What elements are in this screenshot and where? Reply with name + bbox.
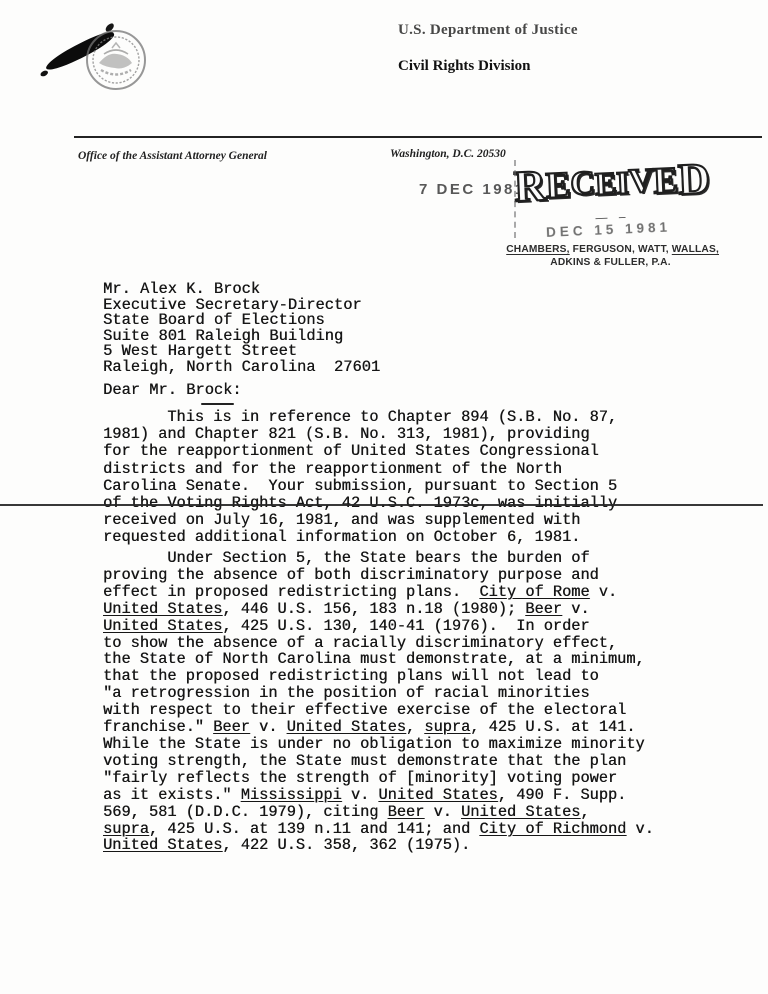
text-line: "fairly reflects the strength of [minori… [103, 770, 723, 787]
received-stamp-title: RECEIVED [511, 148, 714, 219]
text-line: Carolina Senate. Your submission, pursua… [103, 478, 723, 495]
text-line: received on July 16, 1981, and was suppl… [103, 512, 723, 529]
text-line: "a retrogression in the position of raci… [103, 685, 723, 702]
text-line: ADKINS & FULLER, P.A. [506, 256, 715, 269]
text-line: effect in proposed redistricting plans. … [103, 584, 723, 601]
text-line: United States, 422 U.S. 358, 362 (1975). [103, 837, 723, 854]
salutation: Dear Mr. Brock: [103, 381, 242, 399]
scan-line-artifact [0, 504, 763, 506]
text-line: While the State is under no obligation t… [103, 736, 723, 753]
recipient-address-block: Mr. Alex K. BrockExecutive Secretary-Dir… [103, 282, 380, 376]
received-stamp-edge-marks [514, 160, 516, 238]
text-line: United States, 446 U.S. 156, 183 n.18 (1… [103, 601, 723, 618]
agency-title: U.S. Department of Justice [398, 22, 578, 39]
office-line: Office of the Assistant Attorney General [78, 150, 267, 162]
text-line: as it exists." Mississippi v. United Sta… [103, 787, 723, 804]
text-line: proving the absence of both discriminato… [103, 567, 723, 584]
city-line: Washington, D.C. 20530 [390, 148, 506, 160]
body-paragraph-1: This is in reference to Chapter 894 (S.B… [103, 409, 723, 547]
division-title: Civil Rights Division [398, 58, 531, 75]
text-line: 569, 581 (D.D.C. 1979), citing Beer v. U… [103, 804, 723, 821]
header-divider [74, 136, 762, 138]
text-line: the State of North Carolina must demonst… [103, 651, 723, 668]
text-line: requested additional information on Octo… [103, 529, 723, 546]
text-line: CHAMBERS, FERGUSON, WATT, WALLAS, [506, 243, 715, 256]
text-line: This is in reference to Chapter 894 (S.B… [103, 409, 723, 426]
outgoing-date-stamp: 7 DEC 1981 [419, 181, 526, 198]
letter-page: U.S. Department of Justice Civil Rights … [0, 0, 768, 994]
text-line: franchise." Beer v. United States, supra… [103, 719, 723, 736]
body-paragraph-2: Under Section 5, the State bears the bur… [103, 550, 723, 854]
received-stamp: RECEIVED — – DEC 15 1981 [511, 148, 714, 219]
text-line: to show the absence of a racially discri… [103, 635, 723, 652]
text-line: supra, 425 U.S. at 139 n.11 and 141; and… [103, 821, 723, 838]
text-line: United States, 425 U.S. 130, 140-41 (197… [103, 618, 723, 635]
text-line: Raleigh, North Carolina 27601 [103, 360, 380, 376]
received-stamp-date: DEC 15 1981 [546, 219, 672, 239]
text-line: that the proposed redistricting plans wi… [103, 668, 723, 685]
text-line: voting strength, the State must demonstr… [103, 753, 723, 770]
scan-dash-artifact [201, 403, 234, 405]
text-line: Under Section 5, the State bears the bur… [103, 550, 723, 567]
text-line: for the reapportionment of United States… [103, 443, 723, 460]
law-firm-stamp: CHAMBERS, FERGUSON, WATT, WALLAS,ADKINS … [503, 243, 718, 269]
text-line: 1981) and Chapter 821 (S.B. No. 313, 198… [103, 426, 723, 443]
doj-seal-icon [84, 28, 148, 92]
text-line: with respect to their effective exercise… [103, 702, 723, 719]
text-line: districts and for the reapportionment of… [103, 461, 723, 478]
